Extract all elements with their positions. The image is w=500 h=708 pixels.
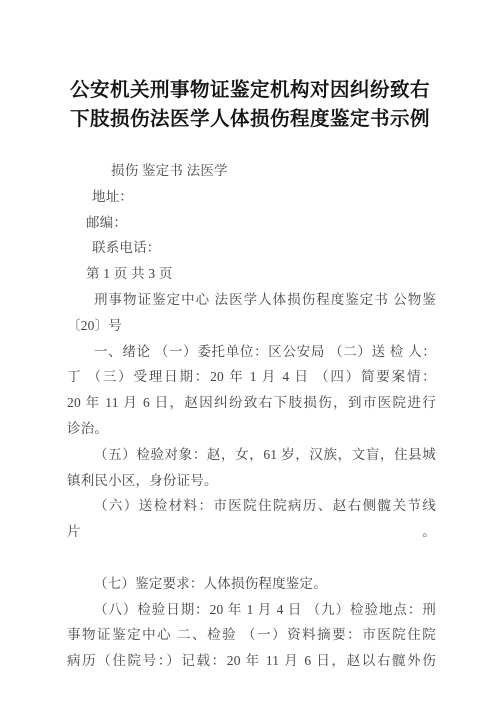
title-line-2: 下肢损伤法医学人体损伤程度鉴定书示例: [0, 105, 500, 134]
body-text-line: 一、绪论 （一）委托单位：区公安局 （二）送 检 人：: [67, 339, 436, 365]
page-number-line: 第 1 页 共 3 页: [67, 261, 436, 287]
document-page: 公安机关刑事物证鉴定机构对因纠纷致右 下肢损伤法医学人体损伤程度鉴定书示例 损伤…: [0, 0, 500, 708]
body-text-line: （六）送检材料：市医院住院病历、赵右侧髋关节线片。: [67, 493, 436, 545]
keywords-line: 损伤 鉴定书 法医学: [67, 158, 436, 184]
blank-line: [67, 545, 436, 571]
title-line-1: 公安机关刑事物证鉴定机构对因纠纷致右: [0, 76, 500, 105]
body-text-line: 病历（住院号：）记载：20 年 11 月 6 日，赵以右髋外伤: [67, 648, 436, 674]
body-text-line: 镇利民小区，身份证号。: [67, 468, 436, 494]
postal-code-line: 邮编：: [67, 210, 436, 236]
body-text-line: 事物证鉴定中心 二、检验 （一）资料摘要：市医院住院: [67, 622, 436, 648]
document-body: 损伤 鉴定书 法医学 地址： 邮编： 联系电话： 第 1 页 共 3 页 刑事物…: [67, 158, 436, 674]
body-text-line: 丁 （三）受理日期：20 年 1 月 4 日 （四）简要案情：: [67, 364, 436, 390]
body-text-line: （七）鉴定要求：人体损伤程度鉴定。: [67, 571, 436, 597]
body-text-line: 20 年 11 月 6 日，赵因纠纷致右下肢损伤，到市医院进行: [67, 390, 436, 416]
doc-number-line-2: 〔20〕号: [67, 313, 436, 339]
body-text-line: 诊治。: [67, 416, 436, 442]
document-title: 公安机关刑事物证鉴定机构对因纠纷致右 下肢损伤法医学人体损伤程度鉴定书示例: [0, 76, 500, 134]
body-text-line: （五）检验对象：赵，女，61 岁，汉族，文盲，住县城: [67, 442, 436, 468]
body-text-line: （八）检验日期：20 年 1 月 4 日 （九）检验地点：刑: [67, 597, 436, 623]
doc-number-line-1: 刑事物证鉴定中心 法医学人体损伤程度鉴定书 公物鉴: [67, 287, 436, 313]
phone-line: 联系电话：: [67, 235, 436, 261]
address-line: 地址：: [67, 184, 436, 210]
